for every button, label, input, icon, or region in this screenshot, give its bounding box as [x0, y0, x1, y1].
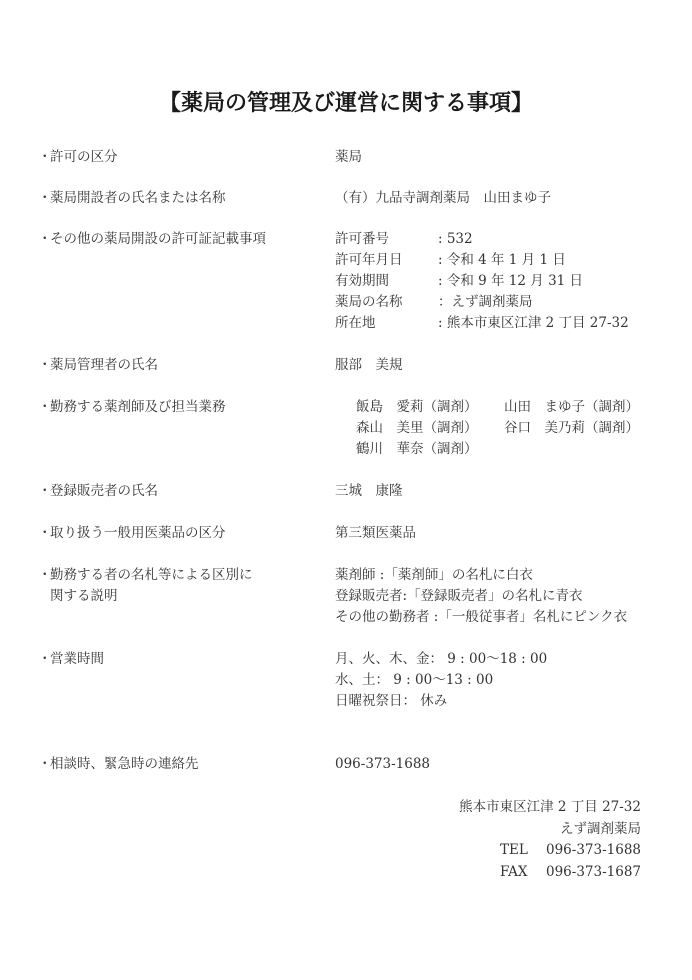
bullet: ・: [38, 188, 50, 209]
item-label: 営業時間: [50, 651, 104, 667]
detail-value: : 熊本市東区江津 2 丁目 27-32: [438, 313, 629, 334]
bullet: ・: [38, 355, 50, 376]
detail-value: : 令和 9 年 12 月 31 日: [438, 271, 583, 292]
hours-line: 日曜祝祭日： 休み: [335, 691, 685, 712]
item-label: 登録販売者の氏名: [50, 483, 158, 499]
item-label: 許可の区分: [50, 149, 118, 165]
tel-label: TEL: [500, 840, 546, 862]
fax-label: FAX: [500, 862, 546, 884]
bullet: ・: [38, 397, 50, 418]
footer-contact-block: 熊本市東区江津 2 丁目 27-32 えず調剤薬局 TEL096-373-168…: [459, 797, 641, 883]
item-label: 薬局管理者の氏名: [50, 357, 158, 373]
page-title: 【薬局の管理及び運営に関する事項】: [0, 86, 692, 117]
bullet: ・: [38, 649, 50, 670]
detail-key: 有効期間: [335, 271, 438, 292]
nametag-rule: 薬剤師 :「薬剤師」の名札に白衣: [335, 565, 685, 586]
hours-line: 月、火、木、金： 9 : 00〜18 : 00: [335, 649, 685, 670]
item-label: 取り扱う一般用医薬品の区分: [50, 525, 226, 541]
item-value: 服部 美規: [335, 355, 685, 376]
pharmacist: 森山 美里（調剤）: [356, 418, 504, 439]
bullet: ・: [38, 754, 50, 775]
pharmacist: 山田 まゆ子（調剤）: [504, 397, 639, 418]
footer-tel: TEL096-373-1688: [459, 840, 641, 862]
pharmacy-address: 所在地 : 熊本市東区江津 2 丁目 27-32: [335, 313, 685, 334]
item-value: （有）九品寺調剤薬局 山田まゆ子: [335, 188, 685, 209]
nametag-rule: 登録販売者:「登録販売者」の名札に青衣: [335, 586, 685, 607]
detail-key: 薬局の名称: [335, 292, 438, 313]
item-label: 勤務する薬剤師及び担当業務: [50, 399, 226, 415]
tel-number: 096-373-1688: [546, 842, 641, 858]
footer-address: 熊本市東区江津 2 丁目 27-32: [459, 797, 641, 819]
bullet: ・: [38, 229, 50, 250]
hours-line: 水、土： 9 : 00〜13 : 00: [335, 670, 685, 691]
detail-value: : 令和 4 年 1 月 1 日: [438, 250, 566, 271]
business-hours-list: 月、火、木、金： 9 : 00〜18 : 00 水、土： 9 : 00〜13 :…: [335, 649, 685, 712]
license-number: 許可番号 : 532: [335, 229, 685, 250]
detail-key: 所在地: [335, 313, 438, 334]
nametag-rules: 薬剤師 :「薬剤師」の名札に白衣 登録販売者:「登録販売者」の名札に青衣 その他…: [335, 565, 685, 628]
license-date: 許可年月日 : 令和 4 年 1 月 1 日: [335, 250, 685, 271]
nametag-rule: その他の勤務者 :「一般従事者」名札にピンク衣: [335, 607, 685, 628]
item-label: 相談時、緊急時の連絡先: [50, 756, 199, 772]
emergency-phone: 096-373-1688: [335, 754, 685, 775]
pharmacist: 谷口 美乃莉（調剤）: [504, 418, 639, 439]
license-validity: 有効期間 : 令和 9 年 12 月 31 日: [335, 271, 685, 292]
item-label: その他の薬局開設の許可証記載事項: [50, 231, 266, 247]
detail-value: ：えず調剤薬局: [438, 292, 533, 313]
staff-line: 飯島 愛莉（調剤） 山田 まゆ子（調剤）: [356, 397, 692, 418]
pharmacist: 飯島 愛莉（調剤）: [356, 397, 504, 418]
detail-key: 許可番号: [335, 229, 438, 250]
bullet: ・: [38, 565, 50, 586]
pharmacy-name: 薬局の名称 ：えず調剤薬局: [335, 292, 685, 313]
pharmacist-list: 飯島 愛莉（調剤） 山田 まゆ子（調剤） 森山 美里（調剤） 谷口 美乃莉（調剤…: [335, 397, 692, 460]
item-value: 薬局: [335, 147, 685, 168]
staff-line: 森山 美里（調剤） 谷口 美乃莉（調剤）: [356, 418, 692, 439]
item-label: 勤務する者の名札等による区別に: [50, 567, 253, 583]
fax-number: 096-373-1687: [546, 864, 641, 880]
pharmacist: 鶴川 華奈（調剤）: [356, 439, 504, 460]
bullet: ・: [38, 481, 50, 502]
bullet: ・: [38, 147, 50, 168]
staff-line: 鶴川 華奈（調剤）: [356, 439, 692, 460]
detail-key: 許可年月日: [335, 250, 438, 271]
bullet: ・: [38, 523, 50, 544]
detail-value: : 532: [438, 229, 473, 250]
footer-fax: FAX096-373-1687: [459, 862, 641, 884]
item-label-continued: 関する説明: [38, 586, 328, 607]
item-value: 三城 康隆: [335, 481, 685, 502]
footer-pharmacy-name: えず調剤薬局: [459, 819, 641, 841]
license-details-list: 許可番号 : 532 許可年月日 : 令和 4 年 1 月 1 日 有効期間 :…: [335, 229, 685, 334]
item-label: 薬局開設者の氏名または名称: [50, 190, 226, 206]
item-value: 第三類医薬品: [335, 523, 685, 544]
